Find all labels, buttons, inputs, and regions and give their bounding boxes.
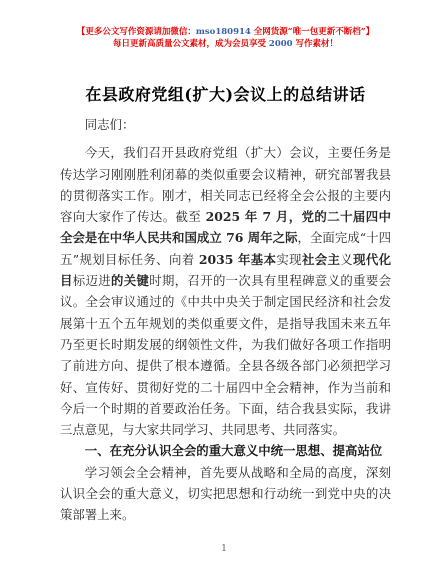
text-run: 【更多公文写作资源请加微信： bbox=[77, 27, 196, 37]
paragraph: 同志们： bbox=[60, 114, 391, 135]
text-run: 2035 年基本 bbox=[199, 252, 277, 267]
text-run: 全网货源“唯一包更新不断档”】 bbox=[251, 27, 374, 37]
text-run: 2000 bbox=[269, 39, 293, 49]
text-run: 时期，召开的一次具有里程碑意义的重要会议。全会审议通过的《中共中央关于制定国民经… bbox=[60, 273, 391, 437]
text-run: 标迈进 bbox=[73, 273, 111, 288]
text-run: 同志们： bbox=[85, 117, 135, 132]
header-ad: 【更多公文写作资源请加微信：mso180914 全网货源“唯一包更新不断档”】 … bbox=[60, 26, 391, 50]
text-run: mso180914 bbox=[196, 27, 251, 37]
text-run: 每日更新高质量公文素材，成为会员享受 bbox=[113, 39, 269, 49]
text-run: 写作素材！ bbox=[293, 39, 338, 49]
text-run: 社会主 bbox=[302, 252, 340, 267]
header-ad-line-2: 每日更新高质量公文素材，成为会员享受 2000 写作素材！ bbox=[60, 38, 391, 50]
section-heading: 一、在充分认识全会的重大意义中统一思想、提高站位 bbox=[60, 440, 391, 461]
text-run: 一、在充分认识全会的重大意义中统一思想、提高站位 bbox=[85, 443, 382, 458]
document-page: 【更多公文写作资源请加微信：mso180914 全网货源“唯一包更新不断档”】 … bbox=[0, 0, 448, 580]
document-body: 同志们：今天，我们召开县政府党组（扩大）会议，主要任务是传达学习刚刚胜利闭幕的类… bbox=[60, 114, 391, 526]
text-run: 义 bbox=[340, 252, 353, 267]
page-number: 1 bbox=[0, 543, 448, 554]
paragraph: 今天，我们召开县政府党组（扩大）会议，主要任务是传达学习刚刚胜利闭幕的类似重要会… bbox=[60, 142, 391, 440]
text-run: 的关键 bbox=[111, 273, 149, 288]
document-title: 在县政府党组(扩大)会议上的总结讲话 bbox=[60, 82, 391, 105]
paragraph: 学习领会全会精神，首先要从战略和全局的高度，深刻认识全会的重大意义，切实把思想和… bbox=[60, 462, 391, 526]
header-ad-line-1: 【更多公文写作资源请加微信：mso180914 全网货源“唯一包更新不断档”】 bbox=[60, 26, 391, 38]
text-run: 学习领会全会精神，首先要从战略和全局的高度，深刻认识全会的重大意义，切实把思想和… bbox=[60, 465, 391, 523]
text-run: 实现 bbox=[276, 252, 302, 267]
